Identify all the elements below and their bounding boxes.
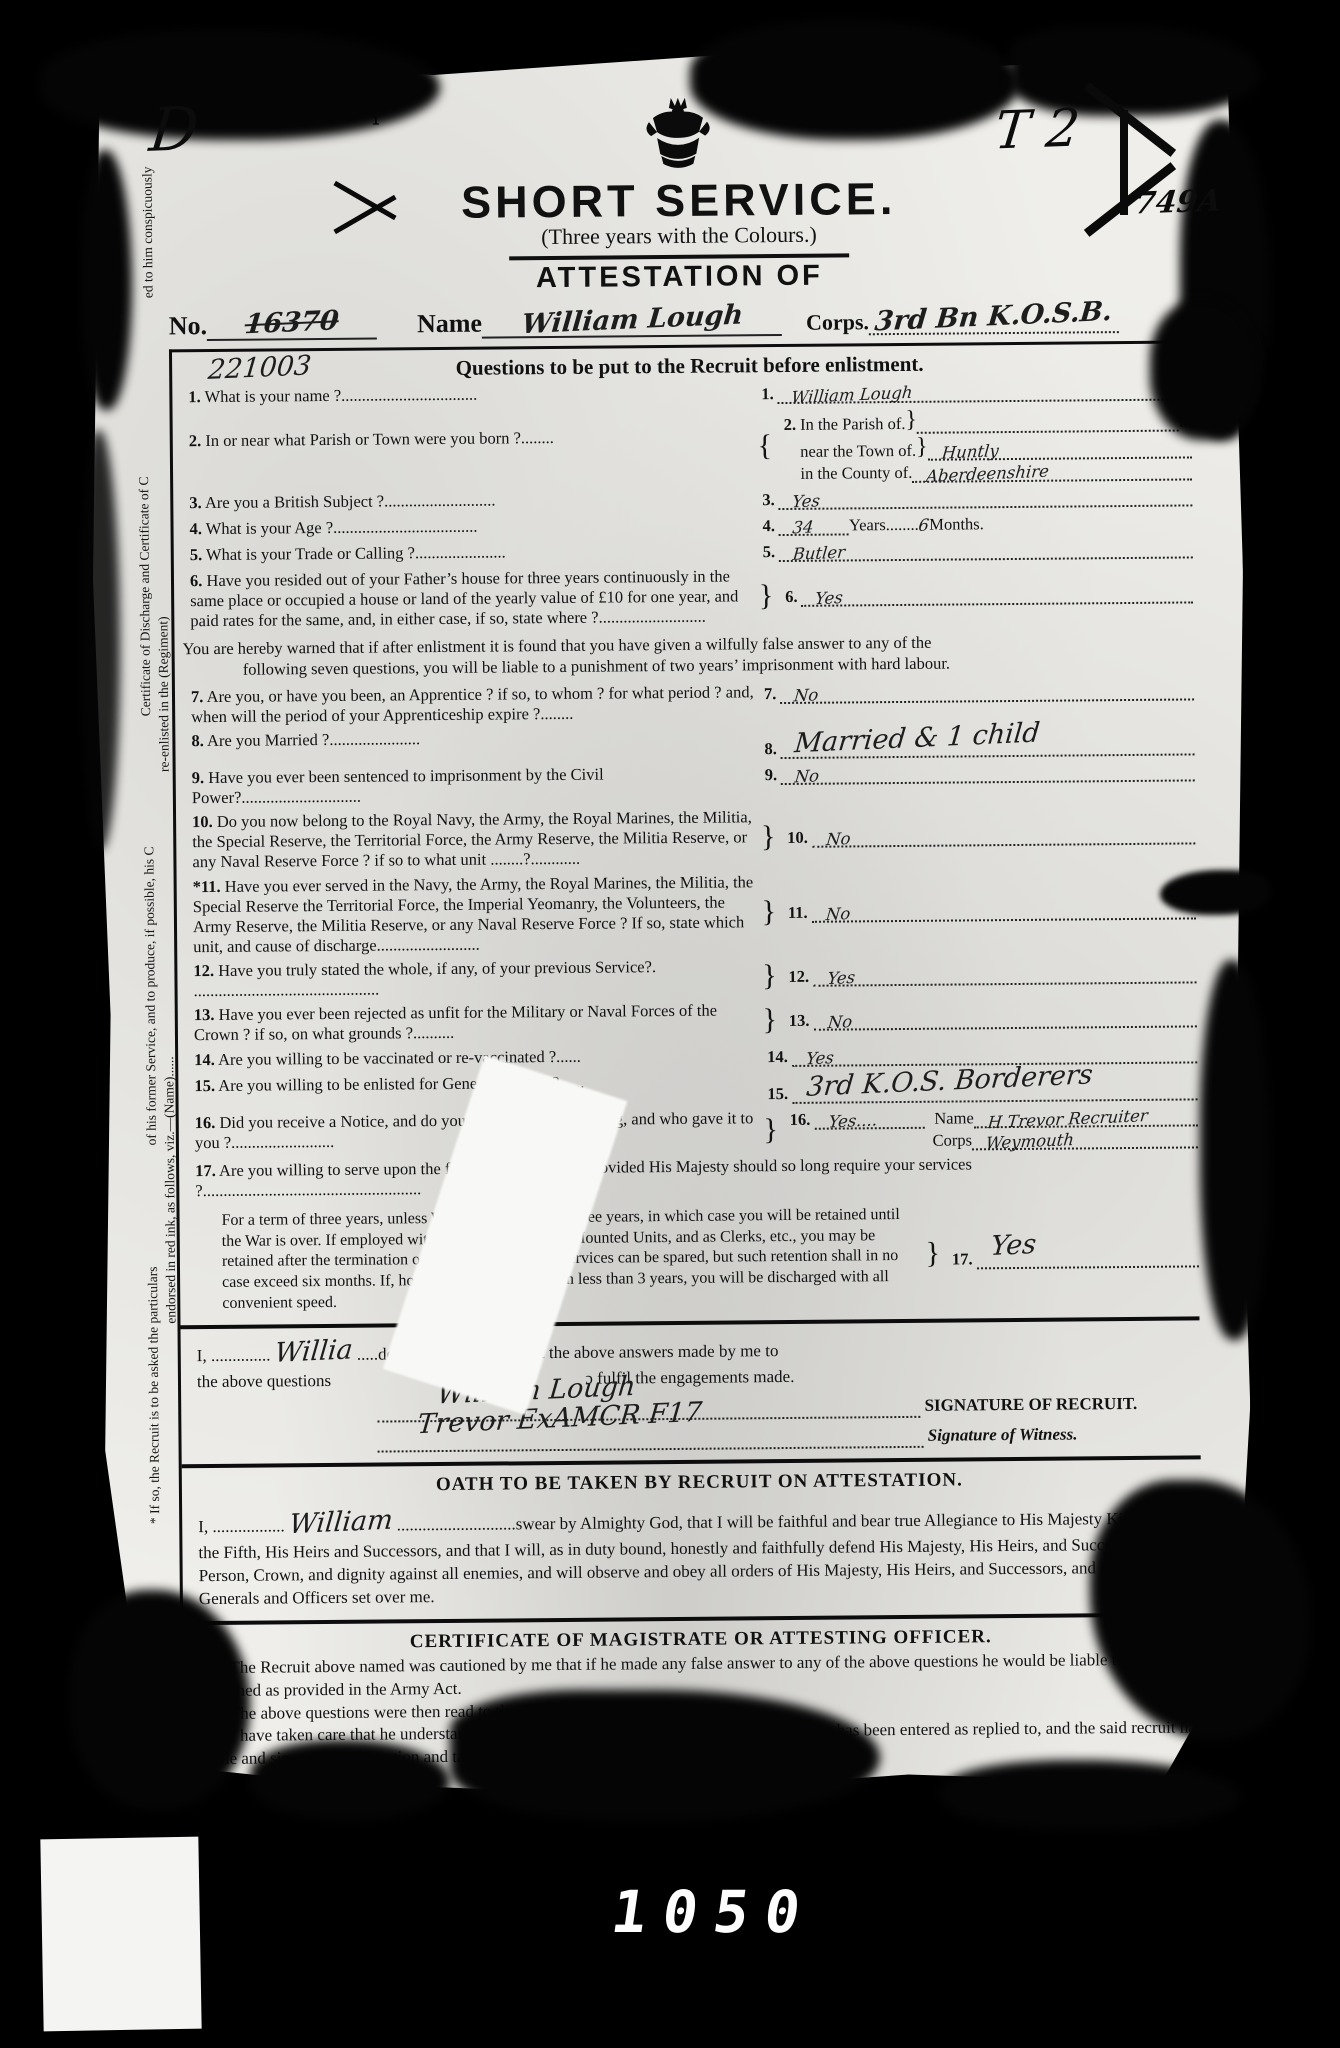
- recruit-signature-label: SIGNATURE OF RECRUIT.: [924, 1393, 1137, 1418]
- brace: }: [758, 872, 781, 953]
- q-num: 4.: [189, 519, 202, 538]
- brace: }: [759, 1000, 781, 1040]
- q-text: Have you resided out of your Father’s ho…: [190, 566, 738, 630]
- question-row-6: 6. Have you resided out of your Father’s…: [190, 562, 1193, 631]
- q-num: 9.: [192, 768, 205, 787]
- answer-handwritten: No: [794, 766, 820, 786]
- declaration-line2: the above questions: [197, 1371, 331, 1391]
- microfilm-frame: ed to him conspicuously Certificate of D…: [0, 0, 1340, 2048]
- brace: }: [757, 807, 780, 868]
- a-num: 16.: [790, 1109, 811, 1129]
- question-row-3: 3. Are you a British Subject ?..........…: [189, 484, 1192, 515]
- a-num: 14.: [767, 1046, 788, 1066]
- no-label: No.: [169, 311, 208, 341]
- attestation-of-heading: ATTESTATION OF: [168, 256, 1190, 298]
- damage-blot: [940, 1760, 1240, 1830]
- q-text: Are you willing to be vaccinated or re-v…: [218, 1046, 581, 1068]
- cross-stroke: [1120, 110, 1128, 215]
- answer-handwritten: Yes: [792, 491, 822, 511]
- age-months-handwritten: 6: [918, 515, 930, 535]
- q-text: What is your Trade or Calling ?.........…: [206, 542, 506, 564]
- q-num: 2.: [189, 431, 202, 450]
- corps-handwritten: 3rd Bn K.O.S.B.: [874, 296, 1114, 338]
- q-num: 15.: [194, 1075, 215, 1094]
- q-text: Have you truly stated the whole, if any,…: [193, 957, 656, 1000]
- a-num: 15.: [767, 1083, 788, 1103]
- margin-note: ed to him conspicuously: [139, 166, 156, 298]
- a-num: 7.: [764, 684, 777, 704]
- q-num: 12.: [193, 961, 214, 980]
- margin-note: * If so, the Recruit is to be asked the …: [145, 1266, 163, 1524]
- county-label: in the County of.: [800, 463, 912, 484]
- corps-label: Corps.: [806, 309, 869, 336]
- answer-handwritten: William Lough: [791, 383, 914, 407]
- margin-note: re-enlisted in the (Regiment): [155, 616, 172, 772]
- a-num: 12.: [788, 967, 809, 987]
- question-row-12: 12. Have you truly stated the whole, if …: [193, 952, 1196, 1001]
- damage-blot: [40, 30, 440, 140]
- questions-frame: Questions to be put to the Recruit befor…: [169, 340, 1204, 1852]
- question-row-17: 17. Are you willing to serve upon the fo…: [195, 1152, 1198, 1201]
- question-row-16: 16. Did you receive a Notice, and do you…: [195, 1104, 1198, 1157]
- q-text: What is your Age ?......................…: [206, 517, 478, 538]
- q-num: 1.: [188, 387, 201, 406]
- question-row-10: 10. Do you now belong to the Royal Navy,…: [192, 804, 1195, 873]
- years-label: Years........: [849, 515, 919, 536]
- questions-heading: Questions to be put to the Recruit befor…: [188, 349, 1191, 383]
- declaration-section: I, .............. Willia .....do solemnl…: [197, 1326, 1201, 1454]
- question-row-11: *11. Have you ever served in the Navy, t…: [193, 868, 1197, 957]
- annotation-t2-handwritten: T 2: [992, 98, 1083, 161]
- town-label: near the Town of.: [800, 441, 916, 462]
- brace: }: [758, 956, 780, 996]
- damage-blot: [1200, 960, 1270, 1340]
- a-num: 17.: [952, 1250, 973, 1270]
- q-text: Are you a British Subject ?.............…: [205, 491, 496, 513]
- damage-blot: [250, 1740, 450, 1820]
- notice-corps-label: Corps: [932, 1130, 972, 1150]
- answer-handwritten: Yes: [826, 968, 856, 988]
- county-handwritten: Aberdeenshire: [925, 461, 1050, 485]
- q-text: Have you ever been rejected as unfit for…: [194, 1001, 717, 1045]
- q-text: In or near what Parish or Town were you …: [205, 428, 554, 450]
- q-num: 3.: [189, 493, 202, 512]
- q-text: Do you now belong to the Royal Navy, the…: [192, 807, 752, 871]
- a-num: 10.: [787, 828, 808, 848]
- question-row-15: 15. Are you willing to be enlisted for G…: [194, 1067, 1197, 1109]
- declaration-name-handwritten: Willia: [273, 1332, 354, 1372]
- margin-note: Certificate of Discharge and Certificate…: [136, 477, 154, 717]
- oath-name-handwritten: William: [287, 1502, 394, 1543]
- conditions-row: For a term of three years, unless War la…: [195, 1196, 1199, 1315]
- a-num: 6.: [785, 587, 798, 607]
- question-row-7: 7. Are you, or have you been, an Apprent…: [191, 678, 1194, 727]
- age-years-handwritten: 34: [792, 517, 815, 537]
- brace: {: [754, 408, 777, 484]
- question-row-8: 8. Are you Married ?....................…: [191, 722, 1194, 764]
- q-num: *11.: [193, 876, 221, 895]
- q-num: 8.: [191, 731, 204, 750]
- damage-blot: [1150, 300, 1260, 440]
- answer-handwritten: Married & 1 child: [793, 717, 1041, 759]
- q-text: Are you Married ?......................: [207, 729, 420, 750]
- false-answer-warning: You are hereby warned that if after enli…: [183, 631, 1194, 681]
- question-row-13: 13. Have you ever been rejected as unfit…: [194, 997, 1197, 1046]
- a-num: 11.: [788, 903, 808, 923]
- q-num: 7.: [191, 687, 204, 706]
- a-num: 9.: [765, 765, 778, 785]
- microfilm-blank-card: [40, 1837, 201, 2032]
- written-number-handwritten: 221003: [207, 350, 313, 386]
- witness-signature-label: Signature of Witness.: [928, 1424, 1078, 1448]
- ink-smudge: [1160, 870, 1270, 915]
- oath-section: OATH TO BE TAKEN BY RECRUIT ON ATTESTATI…: [198, 1466, 1202, 1612]
- answer-handwritten: No: [793, 685, 819, 705]
- damage-blot: [450, 1690, 880, 1820]
- answer-handwritten: Yes: [989, 1229, 1037, 1262]
- damage-blot: [690, 20, 1020, 140]
- q-text: Have you ever been sentenced to imprison…: [192, 764, 604, 807]
- question-row-4: 4. What is your Age ?...................…: [189, 510, 1192, 541]
- answer-handwritten: No: [827, 1012, 853, 1032]
- name-label: Name: [417, 309, 482, 340]
- q-num: 5.: [190, 545, 203, 564]
- answer-handwritten: Yes: [815, 588, 845, 608]
- q-num: 14.: [194, 1049, 215, 1068]
- oath-heading: OATH TO BE TAKEN BY RECRUIT ON ATTESTATI…: [198, 1466, 1201, 1500]
- brace: }: [760, 1108, 782, 1152]
- question-row-1: 1. What is your name ?..................…: [188, 378, 1191, 409]
- q-num: 6.: [190, 571, 203, 590]
- q-num: 10.: [192, 812, 213, 831]
- a-num: 1.: [761, 384, 774, 404]
- recruit-name-handwritten: William Lough: [520, 299, 744, 340]
- parish-label: In the Parish of.: [800, 414, 906, 435]
- a-num: 4.: [762, 516, 775, 536]
- warning-line2: following seven questions, you will be l…: [243, 654, 950, 679]
- answer-handwritten: No: [825, 829, 851, 849]
- frame-counter: 1050: [607, 1878, 820, 1946]
- q-num: 17.: [195, 1160, 216, 1179]
- footer-rule: [166, 1853, 1204, 1866]
- attestation-form-page: ed to him conspicuously Certificate of D…: [88, 47, 1253, 1799]
- brace: }: [755, 566, 778, 627]
- declaration-i: I, ..............: [197, 1345, 271, 1365]
- a-num: 5.: [763, 542, 776, 562]
- oath-line1: ............................swear by Alm…: [397, 1512, 754, 1534]
- notice-corps-handwritten: Weymouth: [985, 1129, 1075, 1152]
- q-text: Have you ever served in the Navy, the Ar…: [193, 872, 754, 956]
- question-row-9: 9. Have you ever been sentenced to impri…: [192, 759, 1195, 808]
- brace: }: [921, 1198, 944, 1308]
- service-number-handwritten: 16370: [244, 305, 341, 340]
- a-num: 13.: [789, 1011, 810, 1031]
- q-text: What is your name ?.....................…: [205, 385, 478, 406]
- answer-handwritten: Butler: [792, 543, 846, 564]
- q-text: Are you, or have you been, an Apprentice…: [191, 682, 754, 726]
- q-num: 16.: [195, 1112, 216, 1131]
- annotation-d-handwritten: D: [146, 94, 201, 166]
- months-label: Months.: [929, 514, 984, 534]
- answer-handwritten: Yes: [805, 1048, 835, 1068]
- answer-handwritten: No: [825, 904, 851, 924]
- question-row-5: 5. What is your Trade or Calling ?......…: [190, 536, 1193, 567]
- justice-signature-label: Signature of the Justice .......: [601, 1824, 802, 1849]
- q-num: 13.: [194, 1005, 215, 1024]
- answer-handwritten: Yes....: [827, 1110, 877, 1131]
- a-num: 2.: [784, 415, 797, 435]
- question-row-2: 2. In or near what Parish or Town were y…: [189, 404, 1193, 489]
- notice-name-label: Name: [934, 1108, 974, 1128]
- a-num: 8.: [764, 739, 777, 759]
- margin-note: of his former Service, and to produce, i…: [141, 846, 160, 1145]
- a-num: 3.: [762, 490, 775, 510]
- oath-i: I, .................: [198, 1516, 285, 1536]
